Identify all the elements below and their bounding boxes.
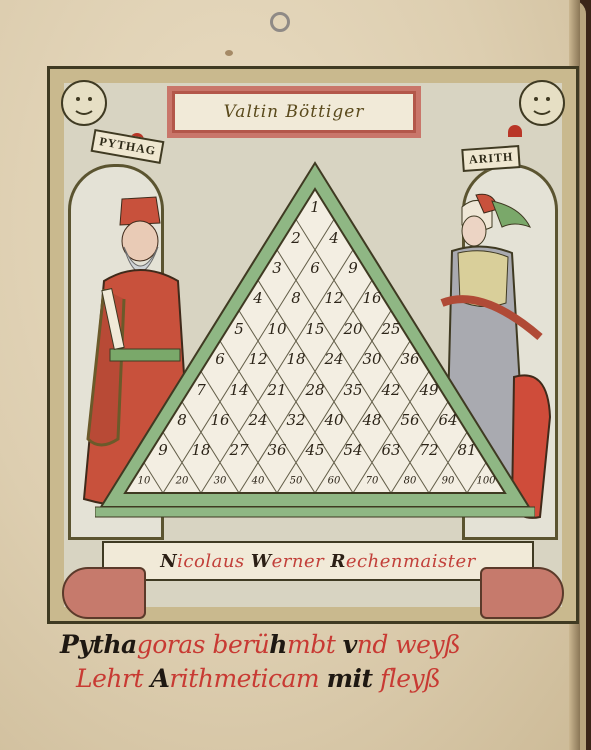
title-text: Valtin Böttiger (224, 102, 365, 122)
triangle-cell: 21 (267, 381, 286, 399)
triangle-cell: 80 (404, 475, 417, 486)
triangle-cell: 3 (272, 259, 282, 277)
triangle-cell: 27 (229, 441, 248, 459)
heart-icon (508, 125, 522, 137)
triangle-cell: 81 (457, 441, 476, 459)
triangle-cell: 48 (362, 411, 381, 429)
text-run: Pytha (60, 630, 137, 659)
triangle-cell: 9 (158, 441, 168, 459)
text-run: echenmaister (346, 551, 476, 572)
triangle-cell: 42 (381, 381, 400, 399)
caption-line-2: Lehrt Arithmeticam mit fleyß (60, 662, 570, 696)
text-run: R (330, 551, 345, 572)
triangle-cell: 10 (267, 320, 286, 338)
triangle-cell: 10 (138, 475, 151, 486)
triangle-cell: 20 (176, 475, 189, 486)
author-banner-text: Nicolaus Werner Rechenmaister (160, 551, 476, 572)
multiplication-triangle: 1243694812165101520256121824303671421283… (95, 159, 535, 519)
text-run: erner (272, 551, 331, 572)
text-run: icolaus (177, 551, 251, 572)
corner-mask-icon (512, 73, 572, 133)
text-run: mit (327, 664, 373, 693)
triangle-cell: 54 (343, 441, 362, 459)
triangle-cell: 6 (310, 259, 320, 277)
triangle-cell: 18 (286, 350, 305, 368)
triangle-cell: 4 (329, 229, 339, 247)
triangle-cell: 18 (191, 441, 210, 459)
triangle-cell: 1 (310, 198, 320, 216)
triangle-cell: 72 (419, 441, 438, 459)
title-banner: Valtin Böttiger (172, 91, 416, 133)
text-run: goras berü (137, 630, 270, 659)
triangle-cell: 32 (286, 411, 305, 429)
triangle-cell: 6 (215, 350, 225, 368)
triangle-cell: 4 (253, 289, 263, 307)
caption-line-1: Pythagoras berühmbt vnd weyß (60, 628, 570, 662)
text-run: nd weyß (357, 630, 461, 659)
triangle-cell: 100 (476, 475, 495, 486)
woodcut-frame: Valtin Böttiger PYTHAG ARITH (47, 66, 579, 624)
text-run: Lehrt (76, 664, 150, 693)
triangle-cell: 64 (438, 411, 457, 429)
triangle-cell: 70 (366, 475, 379, 486)
triangle-cell: 15 (305, 320, 324, 338)
triangle-cell: 7 (196, 381, 206, 399)
scroll-ornament-right (480, 567, 564, 619)
triangle-cell: 40 (324, 411, 343, 429)
caption: Pythagoras berühmbt vnd weyß Lehrt Arith… (60, 628, 570, 696)
triangle-cell: 90 (442, 475, 455, 486)
triangle-cell: 28 (305, 381, 324, 399)
triangle-cell: 30 (362, 350, 381, 368)
text-run: A (150, 664, 169, 693)
triangle-cell: 60 (328, 475, 341, 486)
text-run: rithmeticam (169, 664, 326, 693)
triangle-cell: 63 (381, 441, 400, 459)
triangle-cell: 9 (348, 259, 358, 277)
triangle-cell: 16 (210, 411, 229, 429)
triangle-cell: 49 (419, 381, 438, 399)
paper-stain (225, 50, 233, 56)
text-run: v (343, 630, 357, 659)
corner-mask-icon (54, 73, 114, 133)
author-banner: Nicolaus Werner Rechenmaister (102, 541, 534, 581)
triangle-cell: 35 (343, 381, 362, 399)
triangle-cell: 24 (248, 411, 267, 429)
text-run: W (251, 551, 272, 572)
triangle-cell: 40 (252, 475, 265, 486)
triangle-cell: 24 (324, 350, 343, 368)
triangle-cell: 12 (324, 289, 343, 307)
triangle-cell: 36 (267, 441, 286, 459)
text-run: h (269, 630, 287, 659)
scroll-ornament-left (62, 567, 146, 619)
triangle-cell: 25 (381, 320, 400, 338)
paper-stain (270, 12, 290, 32)
triangle-cell: 56 (400, 411, 419, 429)
triangle-cell: 8 (291, 289, 301, 307)
triangle-cell: 30 (214, 475, 227, 486)
text-run: mbt (287, 630, 343, 659)
triangle-cell: 14 (229, 381, 248, 399)
triangle-cell: 5 (234, 320, 244, 338)
triangle-cell: 45 (305, 441, 324, 459)
text-run: fleyß (373, 664, 441, 693)
book-page: Valtin Böttiger PYTHAG ARITH (0, 0, 586, 750)
text-run: N (160, 551, 177, 572)
triangle-cell: 50 (290, 475, 303, 486)
triangle-cell: 16 (362, 289, 381, 307)
triangle-cell: 20 (343, 320, 362, 338)
triangle-cell: 2 (291, 229, 301, 247)
triangle-cell: 36 (400, 350, 419, 368)
triangle-cell: 12 (248, 350, 267, 368)
triangle-cell: 8 (177, 411, 187, 429)
